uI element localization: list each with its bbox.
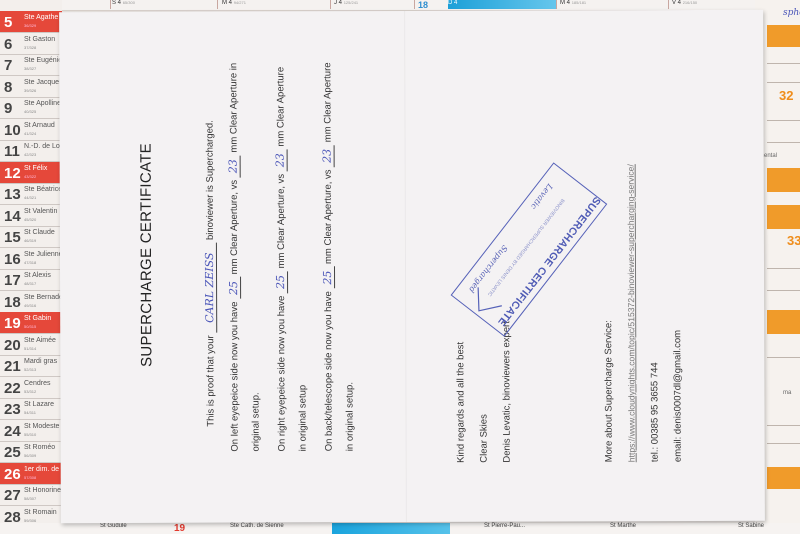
calendar-day-row: 24St Modeste55/310	[0, 420, 62, 442]
calendar-day-row: 21Mardi gras52/313	[0, 355, 62, 377]
calendar-day-number: 16	[4, 251, 21, 268]
calendar-day-count: 52/313	[24, 367, 36, 372]
divider	[767, 290, 800, 291]
proof-prefix: This is proof that your	[205, 335, 216, 426]
calendar-day-count: 39/326	[24, 88, 36, 93]
calendar-day-row: 10St Arnaud41/324	[0, 119, 62, 141]
divider	[767, 120, 800, 121]
calendar-day-row: 7Ste Eugénie38/327	[0, 54, 62, 76]
calendar-day-row: 23St Lazare54/311	[0, 398, 62, 420]
calendar-bottom-cell-highlight	[332, 523, 450, 534]
calendar-saint-name: Ste Eugénie	[24, 57, 62, 64]
calendar-saint-name: St Romain	[24, 509, 57, 516]
calendar-saint-name: Mardi gras	[24, 358, 57, 365]
calendar-day-count: 38/327	[24, 66, 36, 71]
divider	[767, 425, 800, 426]
calendar-day-number: 5	[4, 14, 12, 31]
calendar-day-number: 8	[4, 79, 12, 96]
calendar-day-row: 5Ste Agathe36/329	[0, 11, 62, 33]
left-eyepiece-line: On left eyepeice side now you have 25 mm…	[226, 63, 241, 452]
left-value: 25	[227, 281, 240, 295]
left-eyepiece-continuation: original setup.	[250, 392, 261, 451]
week-number: 32	[779, 88, 793, 103]
calendar-week-number: 18	[418, 0, 428, 10]
calendar-saint-name: St Gabin	[24, 315, 51, 322]
calendar-day-number: 21	[4, 358, 21, 375]
right-eyepiece-line: On right eyepeice side now you have 25 m…	[273, 67, 288, 452]
model-blank: CARL ZEISS	[203, 243, 217, 333]
calendar-day-number: 14	[4, 208, 21, 225]
calendar-top-cell: S 4 65/300	[112, 0, 218, 9]
right-original: 23	[274, 153, 287, 167]
calendar-saint-name: St Arnaud	[24, 122, 55, 129]
telescope-value-blank: 25	[321, 267, 335, 289]
proof-suffix: binoviewer is Supercharged.	[204, 120, 215, 240]
divider	[767, 142, 800, 143]
closing-clear-skies: Clear Skies	[479, 414, 490, 463]
calendar-orange-row	[767, 168, 800, 192]
calendar-left-column: 5Ste Agathe36/3296St Gaston37/3287Ste Eu…	[0, 0, 62, 534]
handwritten-model: CARL ZEISS	[203, 253, 216, 323]
calendar-day-row: 20Ste Aimée51/314	[0, 334, 62, 356]
calendar-day-row: 16Ste Julienne47/318	[0, 248, 62, 270]
telescope-original-blank: 23	[321, 145, 335, 167]
handwritten-note: sphe	[783, 8, 800, 18]
calendar-top-cell: M 4 185/181	[560, 0, 669, 9]
calendar-day-number: 23	[4, 401, 21, 418]
calendar-orange-row	[767, 310, 800, 334]
calendar-day-count: 55/310	[24, 432, 36, 437]
calendar-day-count: 44/321	[24, 195, 36, 200]
stamp-signature: Levatic	[529, 182, 554, 211]
calendar-day-count: 57/308	[24, 475, 36, 480]
calendar-day-count: 53/312	[24, 389, 36, 394]
contact-tel: tel.: 00385 95 3655 744	[649, 362, 660, 462]
calendar-saint-name: Ste Apolline	[24, 100, 61, 107]
calendar-day-row: 9Ste Apolline40/325	[0, 97, 62, 119]
calendar-bottom-strip: St Gudule 19 Ste Cath. de Sienne St Pier…	[0, 523, 800, 534]
calendar-bottom-number: 19	[174, 523, 185, 534]
calendar-day-count: 47/318	[24, 260, 36, 265]
telescope-continuation: in original setup.	[344, 382, 355, 451]
calendar-day-count: 42/323	[24, 152, 36, 157]
left-eyepiece-middle: mm Clear Aperture, vs	[229, 180, 240, 275]
calendar-day-row: 15St Claude46/319	[0, 226, 62, 248]
divider	[767, 357, 800, 358]
calendar-top-cell: M 4 94/271	[222, 0, 331, 9]
left-eyepiece-prefix: On left eyepeice side now you have	[229, 302, 241, 452]
calendar-day-row: 19St Gabin50/315	[0, 312, 62, 334]
calendar-day-row: 12St Félix43/322	[0, 162, 62, 184]
calendar-day-count: 54/311	[24, 410, 36, 415]
divider	[767, 268, 800, 269]
week-number: 33	[787, 233, 800, 248]
calendar-saint-name: Ste Julienne	[24, 251, 63, 258]
stamp-signature: Supercharged	[467, 243, 509, 294]
calendar-day-count: 46/319	[24, 238, 36, 243]
calendar-bottom-cell: St Sabine	[738, 523, 764, 534]
calendar-day-row: 6St Gaston37/328	[0, 33, 62, 55]
left-eyepiece-suffix: mm Clear Aperture in	[228, 63, 239, 153]
proof-line: This is proof that your CARL ZEISS binov…	[202, 120, 217, 427]
closing-regards: Kind regards and all the best	[455, 342, 466, 463]
calendar-saint-name: Ste Béatrice	[24, 186, 62, 193]
calendar-saint-name: St Honorine	[24, 487, 61, 494]
calendar-day-row: 18Ste Bernadette49/316	[0, 291, 62, 313]
calendar-day-row: 8Ste Jacqueline39/326	[0, 76, 62, 98]
calendar-saint-name: St Valentin	[24, 208, 57, 215]
right-eyepiece-middle: mm Clear Aperture, vs	[276, 174, 287, 269]
calendar-day-count: 36/329	[24, 23, 36, 28]
telescope-middle: mm Clear Aperture, vs	[323, 169, 334, 264]
calendar-day-number: 13	[4, 186, 21, 203]
calendar-day-row: 22Cendres53/312	[0, 377, 62, 399]
calendar-saint-name: Cendres	[24, 380, 50, 387]
calendar-day-row: 11N.-D. de Lourdes42/323	[0, 140, 62, 162]
calendar-day-number: 17	[4, 272, 21, 289]
calendar-day-count: 41/324	[24, 131, 36, 136]
right-eyepiece-continuation: in original setup	[297, 385, 308, 452]
calendar-day-number: 26	[4, 466, 21, 483]
calendar-day-row: 13Ste Béatrice44/321	[0, 183, 62, 205]
right-eyepiece-prefix: On right eyepeice side now you have	[276, 296, 288, 452]
calendar-saint-name: St Claude	[24, 229, 55, 236]
contact-heading: More about Supercharge Service:	[603, 320, 614, 462]
calendar-day-row: 17St Alexis48/317	[0, 269, 62, 291]
calendar-saint-name: St Modeste	[24, 423, 59, 430]
calendar-day-number: 19	[4, 315, 21, 332]
calendar-day-count: 49/316	[24, 303, 36, 308]
left-original: 23	[227, 159, 240, 173]
telescope-prefix: On back/telescope side now you have	[323, 291, 335, 451]
certificate-document: SUPERCHARGE CERTIFICATE This is proof th…	[59, 10, 765, 523]
calendar-bottom-cell: Ste Cath. de Sienne	[230, 523, 284, 534]
calendar-saint-name: St Gaston	[24, 36, 55, 43]
divider	[767, 82, 800, 83]
calendar-day-number: 15	[4, 229, 21, 246]
certificate-stamp: SUPERCHARGE CERTIFICATE BINOVIEWER SUPER…	[451, 162, 608, 336]
closing-signature: Denis Levatic, binoviewers expert	[501, 321, 512, 463]
telescope-value: 25	[321, 271, 334, 285]
calendar-bottom-cell: St Marthe	[610, 523, 636, 534]
calendar-day-number: 25	[4, 444, 21, 461]
left-value-blank: 25	[227, 277, 241, 299]
certificate-title: SUPERCHARGE CERTIFICATE	[138, 143, 156, 367]
right-original-blank: 23	[274, 149, 288, 171]
calendar-orange-row	[767, 467, 800, 489]
calendar-day-number: 22	[4, 380, 21, 397]
supercharge-service-link[interactable]: https://www.cloudynights.com/topic/51537…	[626, 164, 637, 462]
contact-email[interactable]: email: denis0007dl@gmail.com	[672, 330, 683, 462]
calendar-day-number: 6	[4, 36, 12, 53]
calendar-day-number: 27	[4, 487, 21, 504]
calendar-day-count: 48/317	[24, 281, 36, 286]
calendar-day-number: 12	[4, 165, 21, 182]
calendar-top-cell-highlight: D 4	[448, 0, 557, 9]
calendar-day-count: 40/325	[24, 109, 36, 114]
left-original-blank: 23	[227, 155, 241, 177]
calendar-day-row: 14St Valentin45/320	[0, 205, 62, 227]
calendar-day-number: 20	[4, 337, 21, 354]
calendar-note: ma	[783, 390, 791, 396]
calendar-day-count: 58/307	[24, 496, 36, 501]
right-value-blank: 25	[274, 271, 288, 293]
calendar-saint-name: St Roméo	[24, 444, 55, 451]
calendar-saint-name: St Félix	[24, 165, 47, 172]
calendar-day-row: 261er dim. de Carême57/308	[0, 463, 62, 485]
telescope-suffix: mm Clear Aperture	[322, 62, 333, 142]
calendar-day-count: 56/309	[24, 453, 36, 458]
calendar-bottom-cell: St Gudule	[100, 523, 127, 534]
calendar-day-number: 11	[4, 143, 20, 160]
calendar-day-count: 43/322	[24, 174, 36, 179]
calendar-day-number: 24	[4, 423, 21, 440]
calendar-top-cell: J 4 125/241	[334, 0, 415, 9]
calendar-day-row: 25St Roméo56/309	[0, 441, 62, 463]
calendar-day-number: 18	[4, 294, 21, 311]
calendar-day-count: 45/320	[24, 217, 36, 222]
calendar-day-number: 9	[4, 100, 12, 117]
calendar-day-row: 27St Honorine58/307	[0, 484, 62, 506]
calendar-day-count: 59/306	[24, 518, 36, 523]
calendar-bottom-cell: St Pierre-Pau...	[484, 523, 525, 534]
calendar-day-count: 37/328	[24, 45, 36, 50]
calendar-day-count: 50/315	[24, 324, 36, 329]
divider	[767, 443, 800, 444]
calendar-day-number: 10	[4, 122, 21, 139]
right-value: 25	[274, 275, 287, 289]
calendar-orange-row	[767, 205, 800, 229]
telescope-original: 23	[321, 149, 334, 163]
calendar-saint-name: St Lazare	[24, 401, 54, 408]
paper-fold	[404, 11, 407, 522]
divider	[767, 63, 800, 64]
calendar-saint-name: Ste Agathe	[24, 14, 58, 21]
calendar-saint-name: St Alexis	[24, 272, 51, 279]
right-eyepiece-suffix: mm Clear Aperture	[275, 67, 286, 147]
calendar-day-count: 51/314	[24, 346, 36, 351]
calendar-day-number: 7	[4, 57, 12, 74]
telescope-side-line: On back/telescope side now you have 25 m…	[320, 62, 335, 451]
calendar-orange-row	[767, 25, 800, 47]
calendar-saint-name: Ste Aimée	[24, 337, 56, 344]
